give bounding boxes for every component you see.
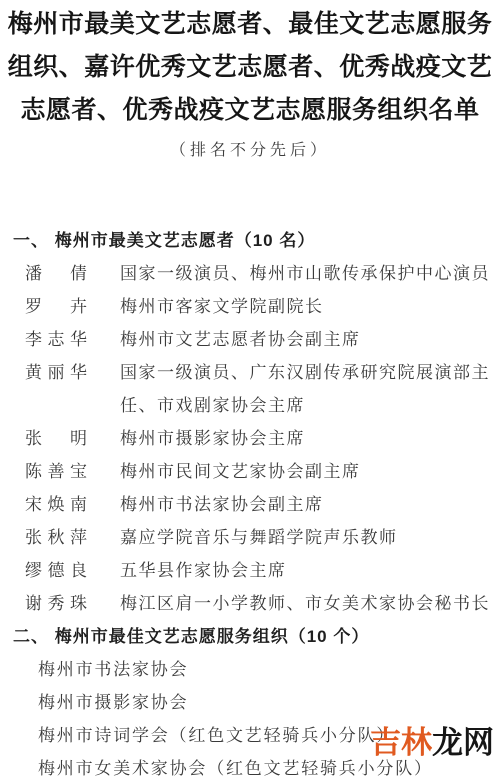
person-row: 陈善宝 梅州市民间文艺家协会副主席 — [0, 455, 500, 488]
document-title: 梅州市最美文艺志愿者、最佳文艺志愿服务 组织、嘉许优秀文艺志愿者、优秀战疫文艺 … — [0, 0, 500, 132]
section-2-heading: 二、 梅州市最佳文艺志愿服务组织（10 个） — [0, 620, 500, 653]
person-title: 梅州市摄影家协会主席 — [120, 422, 500, 455]
person-row: 张秋萍 嘉应学院音乐与舞蹈学院声乐教师 — [0, 521, 500, 554]
person-title: 国家一级演员、梅州市山歌传承保护中心演员 — [120, 257, 500, 290]
person-title: 五华县作家协会主席 — [120, 554, 500, 587]
site-watermark: 吉林龙网 — [370, 726, 494, 760]
person-name: 张明 — [25, 422, 87, 455]
person-row: 李志华 梅州市文艺志愿者协会副主席 — [0, 323, 500, 356]
person-title: 梅江区肩一小学教师、市女美术家协会秘书长 — [120, 587, 500, 620]
person-name: 缪德良 — [25, 554, 87, 587]
organization-row: 梅州市书法家协会 — [0, 653, 500, 686]
organization-row: 梅州市摄影家协会 — [0, 686, 500, 719]
person-row: 谢秀珠 梅江区肩一小学教师、市女美术家协会秘书长 — [0, 587, 500, 620]
person-title: 梅州市书法家协会副主席 — [120, 488, 500, 521]
document-subtitle: （排名不分先后） — [0, 138, 500, 164]
person-row: 罗卉 梅州市客家文学院副院长 — [0, 290, 500, 323]
person-name: 谢秀珠 — [25, 587, 87, 620]
person-name: 李志华 — [25, 323, 87, 356]
watermark-accent-text: 吉林 — [370, 725, 432, 760]
section-1-heading: 一、 梅州市最美文艺志愿者（10 名） — [0, 224, 500, 257]
person-name: 张秋萍 — [25, 521, 87, 554]
title-line-3: 志愿者、优秀战疫文艺志愿服务组织名单 — [0, 89, 500, 132]
watermark-dark-text: 龙网 — [432, 725, 494, 760]
person-row: 缪德良 五华县作家协会主席 — [0, 554, 500, 587]
person-name: 潘倩 — [25, 257, 87, 290]
person-name: 陈善宝 — [25, 455, 87, 488]
person-row: 潘倩 国家一级演员、梅州市山歌传承保护中心演员 — [0, 257, 500, 290]
person-row: 张明 梅州市摄影家协会主席 — [0, 422, 500, 455]
person-row: 黄丽华 国家一级演员、广东汉剧传承研究院展演部主任、市戏剧家协会主席 — [0, 356, 500, 422]
person-name: 宋焕南 — [25, 488, 87, 521]
person-name: 黄丽华 — [25, 356, 87, 389]
person-title: 国家一级演员、广东汉剧传承研究院展演部主任、市戏剧家协会主席 — [120, 356, 500, 422]
title-line-1: 梅州市最美文艺志愿者、最佳文艺志愿服务 — [0, 3, 500, 46]
person-title: 嘉应学院音乐与舞蹈学院声乐教师 — [120, 521, 500, 554]
list-area: 一、 梅州市最美文艺志愿者（10 名） 潘倩 国家一级演员、梅州市山歌传承保护中… — [0, 224, 500, 779]
person-name: 罗卉 — [25, 290, 87, 323]
title-line-2: 组织、嘉许优秀文艺志愿者、优秀战疫文艺 — [0, 46, 500, 89]
person-title: 梅州市民间文艺家协会副主席 — [120, 455, 500, 488]
person-row: 宋焕南 梅州市书法家协会副主席 — [0, 488, 500, 521]
document-page: 梅州市最美文艺志愿者、最佳文艺志愿服务 组织、嘉许优秀文艺志愿者、优秀战疫文艺 … — [0, 0, 500, 779]
person-title: 梅州市客家文学院副院长 — [120, 290, 500, 323]
person-title: 梅州市文艺志愿者协会副主席 — [120, 323, 500, 356]
